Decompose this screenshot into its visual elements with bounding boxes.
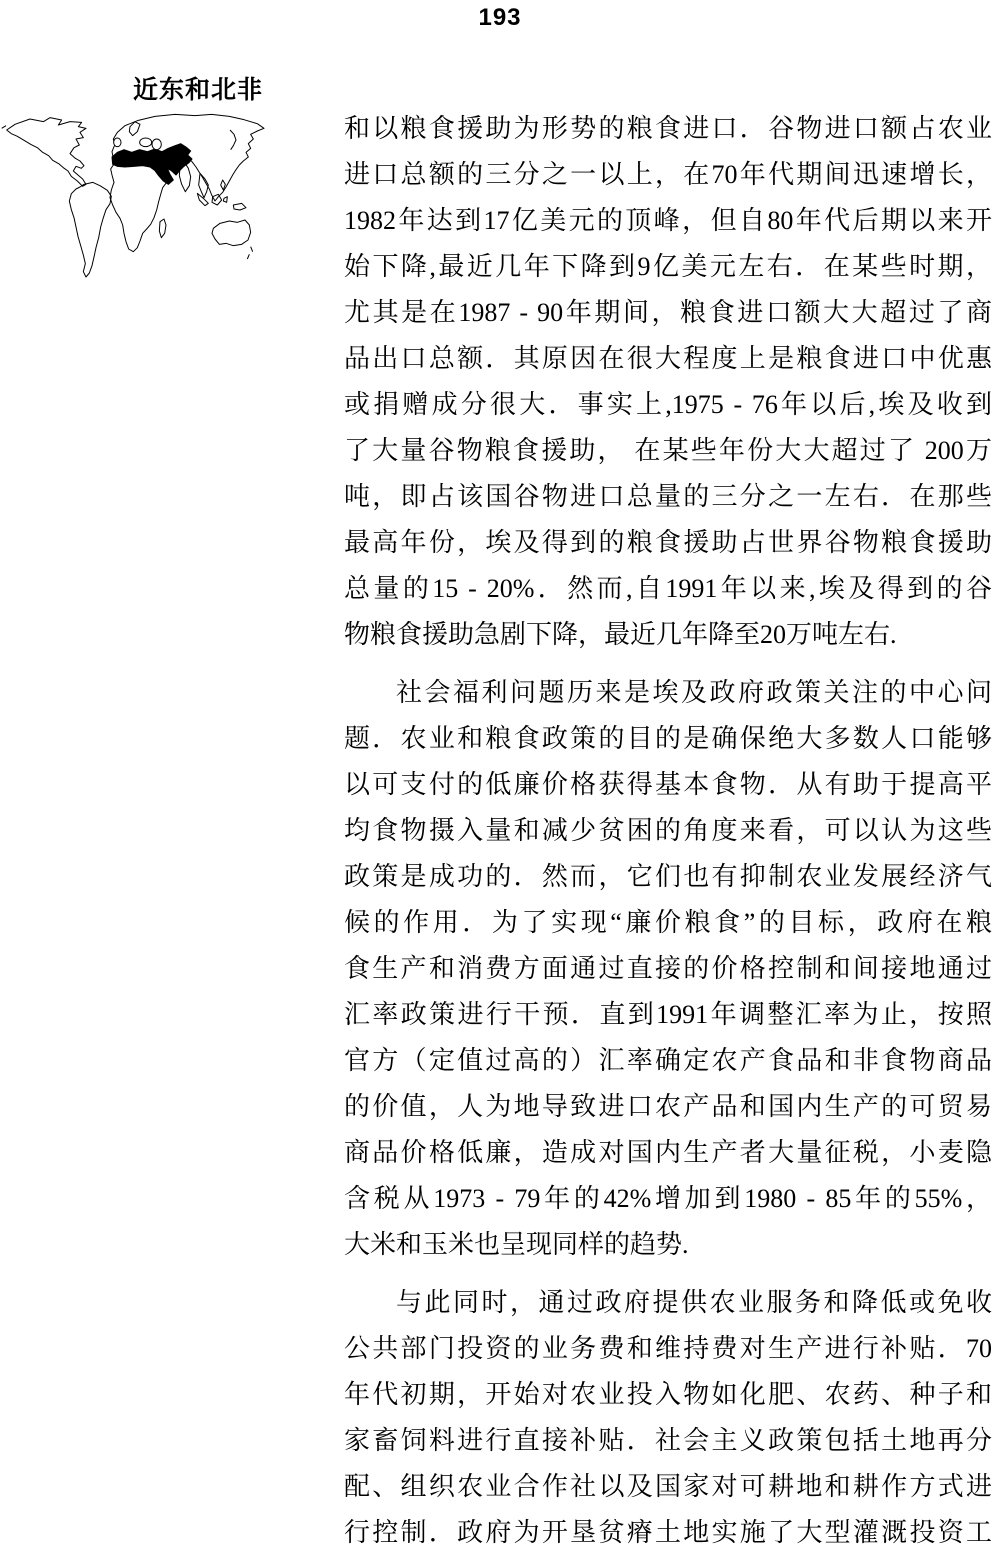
- paragraph: 与此同时，通过政府提供农业服务和降低或免收公共部门投资的业务费和维持费对生产进行…: [344, 1280, 992, 1556]
- text-line: 吨，即占该国谷物进口总量的三分之一左右．在那些: [344, 474, 992, 520]
- text-line: 行控制．政府为开垦贫瘠土地实施了大型灌溉投资工: [344, 1510, 992, 1556]
- text-line: 物粮食援助急剧下降，最近几年降至20万吨左右.: [344, 612, 992, 658]
- text-line: 政策是成功的．然而，它们也有抑制农业发展经济气: [344, 854, 992, 900]
- text-line: 含税从1973 - 79年的42%增加到1980 - 85年的55%，: [344, 1176, 992, 1222]
- paragraph: 和以粮食援助为形势的粮食进口．谷物进口额占农业进口总额的三分之一以上，在70年代…: [344, 106, 992, 658]
- alaska-stroke: [2, 126, 6, 129]
- paragraph: 社会福利问题历来是埃及政府政策关注的中心问题．农业和粮食政策的目的是确保绝大多数…: [344, 670, 992, 1268]
- sulawesi-outline: [223, 197, 227, 203]
- text-line: 以可支付的低廉价格获得基本食物．从有助于提高平: [344, 762, 992, 808]
- text-line: 题．农业和粮食政策的目的是确保绝大多数人口能够: [344, 716, 992, 762]
- text-line: 商品价格低廉，造成对国内生产者大量征税，小麦隐: [344, 1130, 992, 1176]
- new-zealand-outline: [247, 247, 252, 259]
- text-line: 官方（定值过高的）汇率确定农产食品和非食物商品: [344, 1038, 992, 1084]
- text-line: 了大量谷物粮食援助， 在某些年份大大超过了 200万: [344, 428, 992, 474]
- black-sea-outline: [140, 138, 152, 147]
- new-guinea-outline: [233, 203, 246, 210]
- caspian-sea-outline: [152, 139, 161, 150]
- page-number: 193: [0, 4, 1000, 32]
- text-line: 始下降,最近几年下降到9亿美元左右．在某些时期，: [344, 244, 992, 290]
- text-line: 汇率政策进行干预．直到1991年调整汇率为止，按照: [344, 992, 992, 1038]
- madagascar-outline: [159, 219, 166, 238]
- text-line: 与此同时，通过政府提供农业服务和降低或免收: [344, 1280, 992, 1326]
- south-america-outline: [69, 182, 111, 277]
- text-line: 1982年达到17亿美元的顶峰，但自80年代后期以来开: [344, 198, 992, 244]
- text-line: 年代初期，开始对农业投入物如化肥、农药、种子和: [344, 1372, 992, 1418]
- world-map: [0, 95, 340, 295]
- text-line: 家畜饲料进行直接补贴．社会主义政策包括土地再分: [344, 1418, 992, 1464]
- text-line: 和以粮食援助为形势的粮食进口．谷物进口额占农业: [344, 106, 992, 152]
- text-line: 或捐赠成分很大．事实上,1975 - 76年以后,埃及收到: [344, 382, 992, 428]
- text-line: 品出口总额．其原因在很大程度上是粮食进口中优惠: [344, 336, 992, 382]
- text-line: 进口总额的三分之一以上，在70年代期间迅速增长，: [344, 152, 992, 198]
- text-line: 尤其是在1987 - 90年期间，粮食进口额大大超过了商: [344, 290, 992, 336]
- world-map-icon: [0, 95, 340, 295]
- text-line: 均食物摄入量和减少贫困的角度来看，可以认为这些: [344, 808, 992, 854]
- north-america-outline: [7, 118, 86, 187]
- text-line: 总量的15 - 20%．然而,自1991年以来,埃及得到的谷: [344, 566, 992, 612]
- text-line: 社会福利问题历来是埃及政府政策关注的中心问: [344, 670, 992, 716]
- australia-outline: [212, 220, 251, 246]
- text-line: 最高年份，埃及得到的粮食援助占世界谷物粮食援助: [344, 520, 992, 566]
- body-text: 和以粮食援助为形势的粮食进口．谷物进口额占农业进口总额的三分之一以上，在70年代…: [344, 106, 992, 1556]
- japan-outline: [230, 130, 236, 150]
- borneo-outline: [212, 194, 222, 205]
- text-line: 食生产和消费方面通过直接的价格控制和间接地通过: [344, 946, 992, 992]
- text-line: 候的作用．为了实现“廉价粮食”的目标，政府在粮: [344, 900, 992, 946]
- text-line: 配、组织农业合作社以及国家对可耕地和耕作方式进: [344, 1464, 992, 1510]
- text-line: 大米和玉米也呈现同样的趋势.: [344, 1222, 992, 1268]
- text-line: 公共部门投资的业务费和维持费对生产进行补贴．70: [344, 1326, 992, 1372]
- british-isles-outline: [114, 138, 121, 147]
- text-line: 的价值，人为地导致进口农产品和国内生产的可贸易: [344, 1084, 992, 1130]
